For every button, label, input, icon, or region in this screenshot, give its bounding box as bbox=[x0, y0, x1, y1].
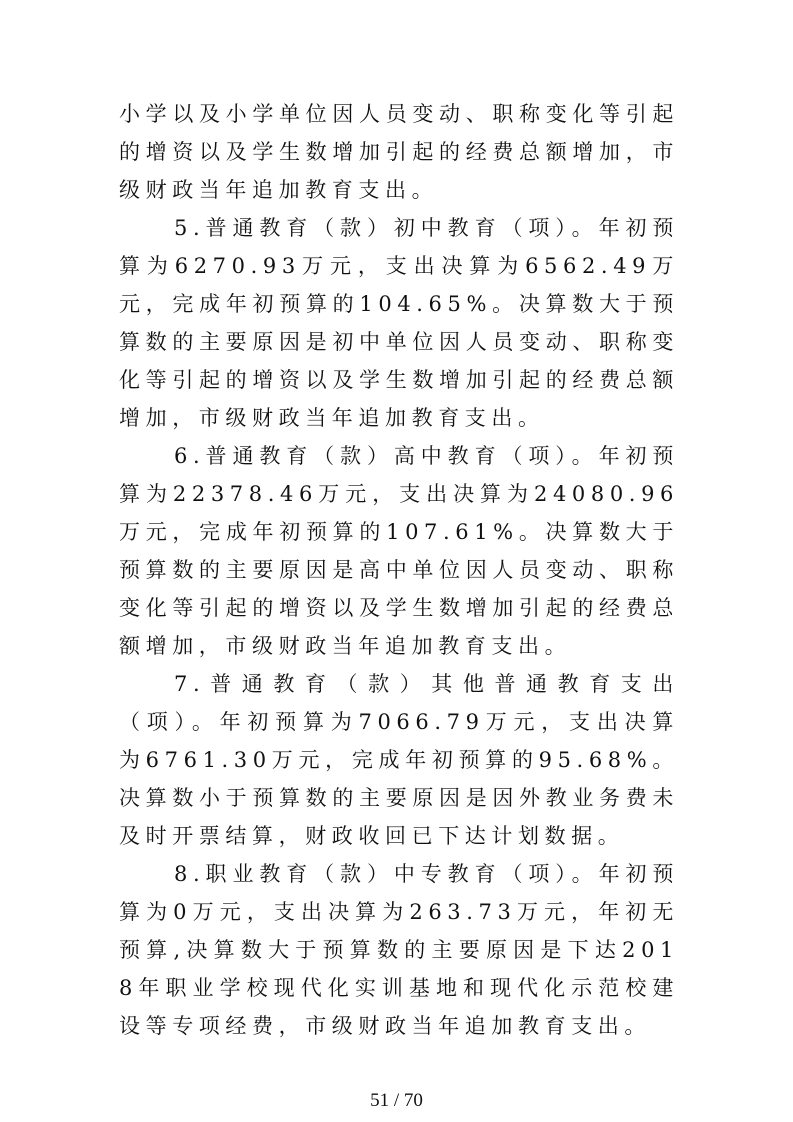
paragraph-item-6-senior-high: 6.普通教育（款）高中教育（项）。年初预算为22378.46万元，支出决算为24… bbox=[119, 437, 679, 665]
paragraph-item-5-junior-high: 5.普通教育（款）初中教育（项）。年初预算为6270.93万元，支出决算为656… bbox=[119, 209, 679, 437]
page-number: 51 / 70 bbox=[0, 1090, 793, 1112]
paragraph-item-7-other-general: 7.普通教育（款）其他普通教育支出（项）。年初预算为7066.79万元，支出决算… bbox=[119, 665, 679, 855]
document-body: 小学以及小学单位因人员变动、职称变化等引起的增资以及学生数增加引起的经费总额增加… bbox=[119, 95, 679, 1045]
paragraph-continuation: 小学以及小学单位因人员变动、职称变化等引起的增资以及学生数增加引起的经费总额增加… bbox=[119, 95, 679, 209]
paragraph-item-8-vocational: 8.职业教育（款）中专教育（项）。年初预算为0万元，支出决算为263.73万元，… bbox=[119, 855, 679, 1045]
